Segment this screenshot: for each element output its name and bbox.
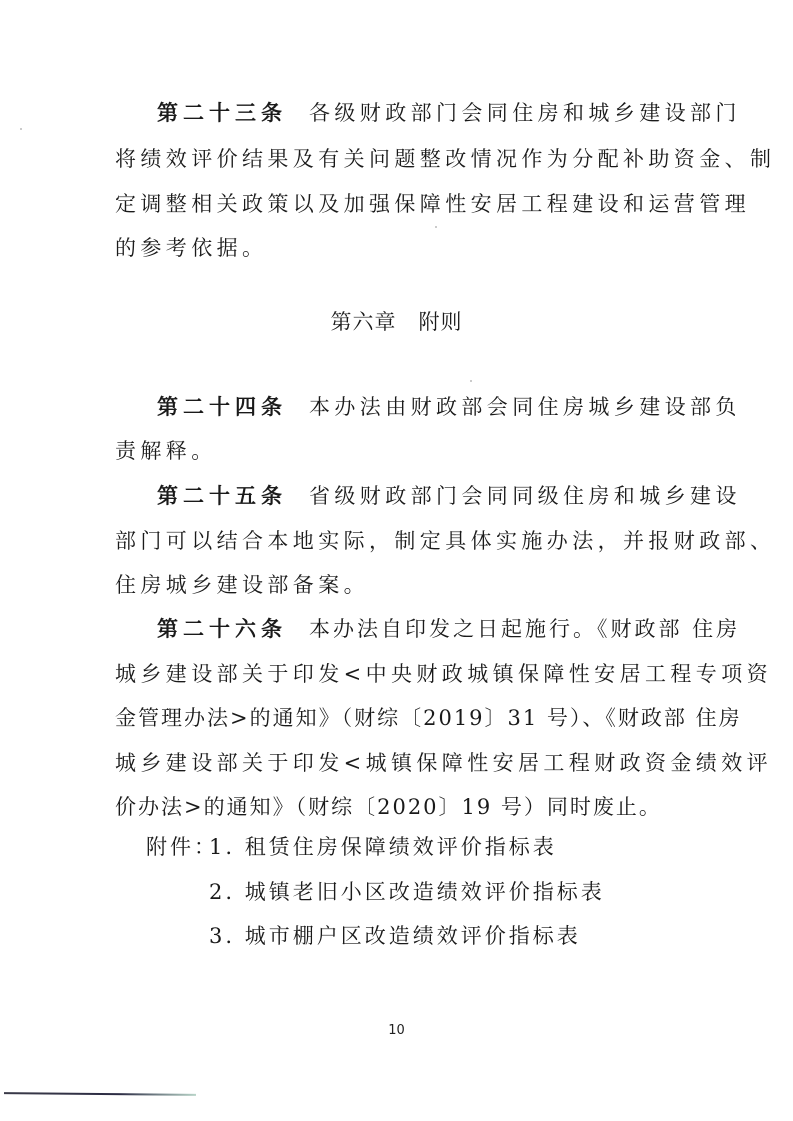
document-page: 第二十三条各级财政部门会同住房和城乡建设部门 将绩效评价结果及有关问题整改情况作…: [0, 0, 793, 1121]
article-26-line-2: 城乡建设部关于印发<中央财政城镇保障性安居工程专项资: [115, 659, 690, 689]
article-26-label: 第二十六条: [157, 617, 287, 641]
scan-artifact-line: [4, 1092, 196, 1096]
article-23-line-2: 将绩效评价结果及有关问题整改情况作为分配补助资金、制: [115, 144, 690, 174]
article-24-label: 第二十四条: [157, 395, 287, 419]
chapter-heading: 第六章附则: [0, 307, 793, 337]
chapter-title: 附则: [419, 310, 463, 334]
article-23-label: 第二十三条: [157, 101, 287, 125]
article-25-line-1: 第二十五条省级财政部门会同同级住房和城乡建设: [157, 481, 732, 511]
article-26-line-1: 第二十六条本办法自印发之日起施行。《财政部 住房: [157, 614, 732, 644]
page-number: 10: [0, 1023, 793, 1038]
article-26-line-5: 价办法>的通知》（财综〔2020〕19 号）同时废止。: [115, 792, 690, 822]
article-26-line-3: 金管理办法>的通知》（财综〔2019〕31 号）、《财政部 住房: [115, 703, 690, 733]
article-25-label: 第二十五条: [157, 484, 287, 508]
article-24-line-2: 责解释。: [115, 436, 690, 466]
scan-speck: [435, 226, 437, 228]
attachments-label: 附件：: [146, 832, 218, 862]
article-24-line-1: 第二十四条本办法由财政部会同住房城乡建设部负: [157, 392, 732, 422]
chapter-number: 第六章: [331, 310, 397, 334]
article-25-line-2: 部门可以结合本地实际，制定具体实施办法，并报财政部、: [115, 526, 690, 556]
article-23-line-1: 第二十三条各级财政部门会同住房和城乡建设部门: [157, 98, 732, 128]
scan-speck: [20, 128, 22, 130]
attachment-item-2: 2. 城镇老旧小区改造绩效评价指标表: [209, 877, 605, 907]
article-23-line-3: 定调整相关政策以及加强保障性安居工程建设和运营管理: [115, 189, 690, 219]
article-26-line-4: 城乡建设部关于印发<城镇保障性安居工程财政资金绩效评: [115, 748, 690, 778]
attachment-item-1: 1. 租赁住房保障绩效评价指标表: [209, 832, 557, 862]
scan-speck: [470, 380, 472, 382]
article-23-line-4: 的参考依据。: [115, 233, 690, 263]
article-25-line-3: 住房城乡建设部备案。: [115, 570, 690, 600]
attachment-item-3: 3. 城市棚户区改造绩效评价指标表: [209, 921, 581, 951]
